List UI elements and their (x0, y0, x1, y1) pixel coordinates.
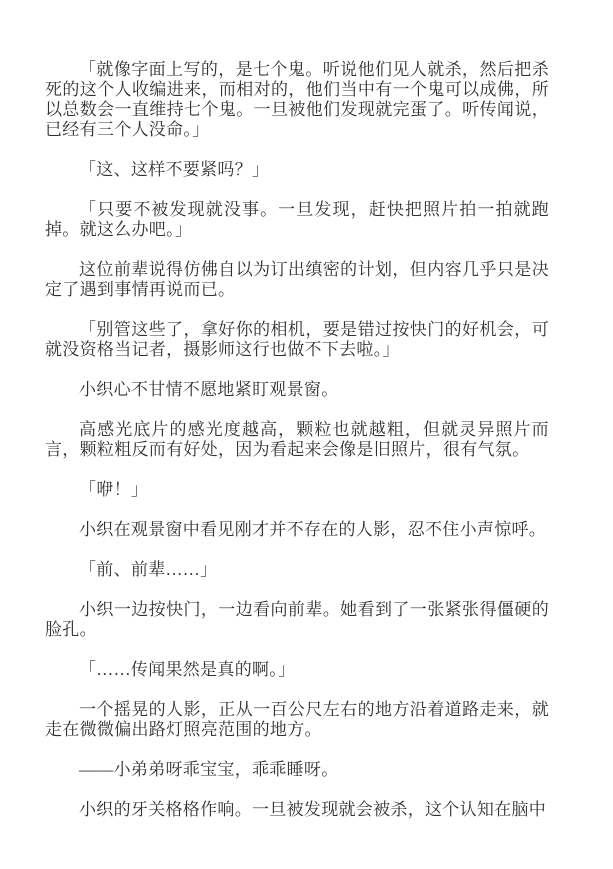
novel-page: 「就像字面上写的，是七个鬼。听说他们见人就杀，然后把杀死的这个人收编进来，而相对… (0, 0, 613, 869)
paragraph: 小织在观景窗中看见刚才并不存在的人影，忍不住小声惊呼。 (45, 520, 549, 540)
text-block: 「就像字面上写的，是七个鬼。听说他们见人就杀，然后把杀死的这个人收编进来，而相对… (45, 60, 549, 820)
paragraph: 高感光底片的感光度越高，颗粒也就越粗，但就灵异照片而言，颗粒粗反而有好处，因为看… (45, 420, 549, 460)
paragraph: 这位前辈说得仿佛自以为订出缜密的计划，但内容几乎只是决定了遇到事情再说而已。 (45, 260, 549, 300)
paragraph: ——小弟弟呀乖宝宝，乖乖睡呀。 (45, 760, 549, 780)
paragraph: 「就像字面上写的，是七个鬼。听说他们见人就杀，然后把杀死的这个人收编进来，而相对… (45, 60, 549, 140)
paragraph: 「这、这样不要紧吗？」 (45, 160, 549, 180)
paragraph: 一个摇晃的人影，正从一百公尺左右的地方沿着道路走来，就走在微微偏出路灯照亮范围的… (45, 700, 549, 740)
paragraph: 「只要不被发现就没事。一旦发现，赶快把照片拍一拍就跑掉。就这么办吧。」 (45, 200, 549, 240)
paragraph: 「咿！」 (45, 480, 549, 500)
paragraph: 小织一边按快门，一边看向前辈。她看到了一张紧张得僵硬的脸孔。 (45, 600, 549, 640)
paragraph: 小织的牙关格格作响。一旦被发现就会被杀，这个认知在脑中 (45, 800, 549, 820)
paragraph: 「别管这些了，拿好你的相机，要是错过按快门的好机会，可就没资格当记者，摄影师这行… (45, 320, 549, 360)
paragraph: 小织心不甘情不愿地紧盯观景窗。 (45, 380, 549, 400)
paragraph: 「前、前辈……」 (45, 560, 549, 580)
paragraph: 「……传闻果然是真的啊。」 (45, 660, 549, 680)
